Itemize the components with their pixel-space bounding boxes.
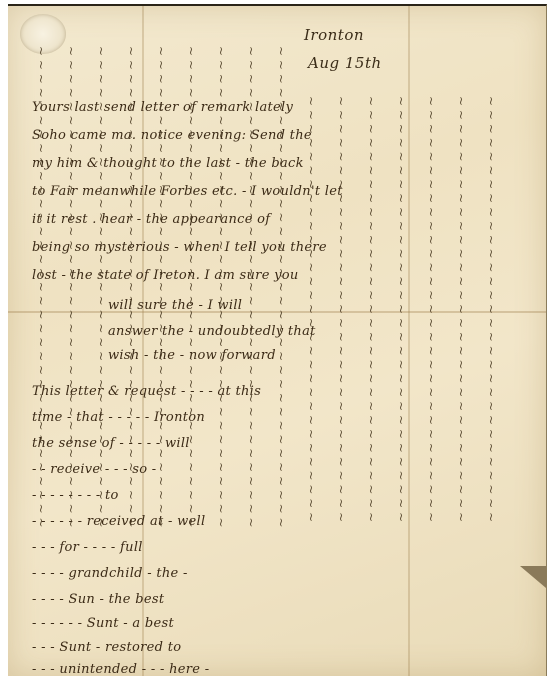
fold-line [408, 6, 410, 676]
cross-writing-column: ~ ~ ~ ~ ~ ~ ~ ~ ~ ~ ~ ~ ~ ~ ~ ~ ~ ~ ~ ~ … [154, 46, 168, 528]
letter-page: Ironton Aug 15th Yours last send letter … [8, 4, 547, 676]
letter-line: - - - Sunt - restored to [32, 640, 181, 655]
cross-writing-column: ~ ~ ~ ~ ~ ~ ~ ~ ~ ~ ~ ~ ~ ~ ~ ~ ~ ~ ~ ~ … [244, 46, 258, 528]
letter-line: time - that - - - - - Ironton [32, 410, 205, 425]
letter-line: - - - - - - Sunt - a best [32, 616, 174, 631]
cross-writing-column: ~ ~ ~ ~ ~ ~ ~ ~ ~ ~ ~ ~ ~ ~ ~ ~ ~ ~ ~ ~ … [124, 46, 138, 528]
cross-writing-column: ~ ~ ~ ~ ~ ~ ~ ~ ~ ~ ~ ~ ~ ~ ~ ~ ~ ~ ~ ~ … [214, 46, 228, 528]
cross-writing-column: ~ ~ ~ ~ ~ ~ ~ ~ ~ ~ ~ ~ ~ ~ ~ ~ ~ ~ ~ ~ … [34, 46, 48, 528]
letter-date: Aug 15th [308, 54, 382, 72]
cross-writing-column: ~ ~ ~ ~ ~ ~ ~ ~ ~ ~ ~ ~ ~ ~ ~ ~ ~ ~ ~ ~ … [424, 96, 438, 522]
cross-writing-column: ~ ~ ~ ~ ~ ~ ~ ~ ~ ~ ~ ~ ~ ~ ~ ~ ~ ~ ~ ~ … [454, 96, 468, 522]
cross-writing-column: ~ ~ ~ ~ ~ ~ ~ ~ ~ ~ ~ ~ ~ ~ ~ ~ ~ ~ ~ ~ … [94, 46, 108, 528]
cross-writing-column: ~ ~ ~ ~ ~ ~ ~ ~ ~ ~ ~ ~ ~ ~ ~ ~ ~ ~ ~ ~ … [334, 96, 348, 522]
cross-writing-column: ~ ~ ~ ~ ~ ~ ~ ~ ~ ~ ~ ~ ~ ~ ~ ~ ~ ~ ~ ~ … [484, 96, 498, 522]
cross-writing-column: ~ ~ ~ ~ ~ ~ ~ ~ ~ ~ ~ ~ ~ ~ ~ ~ ~ ~ ~ ~ … [184, 46, 198, 528]
letter-line: - - - - Sun - the best [32, 592, 164, 607]
letter-line: - - - unintended - - - here - [32, 662, 209, 677]
folded-corner [520, 566, 546, 588]
cross-writing-column: ~ ~ ~ ~ ~ ~ ~ ~ ~ ~ ~ ~ ~ ~ ~ ~ ~ ~ ~ ~ … [364, 96, 378, 522]
letter-place: Ironton [304, 26, 364, 44]
letter-line: - - - for - - - - full [32, 540, 143, 555]
cross-writing-column: ~ ~ ~ ~ ~ ~ ~ ~ ~ ~ ~ ~ ~ ~ ~ ~ ~ ~ ~ ~ … [64, 46, 78, 528]
cross-writing-column: ~ ~ ~ ~ ~ ~ ~ ~ ~ ~ ~ ~ ~ ~ ~ ~ ~ ~ ~ ~ … [394, 96, 408, 522]
letter-line: - - - - - - received at - well [32, 514, 205, 529]
cross-writing-column: ~ ~ ~ ~ ~ ~ ~ ~ ~ ~ ~ ~ ~ ~ ~ ~ ~ ~ ~ ~ … [304, 96, 318, 522]
cross-writing-column: ~ ~ ~ ~ ~ ~ ~ ~ ~ ~ ~ ~ ~ ~ ~ ~ ~ ~ ~ ~ … [274, 46, 288, 528]
letter-line: - - - - grandchild - the - [32, 566, 188, 581]
